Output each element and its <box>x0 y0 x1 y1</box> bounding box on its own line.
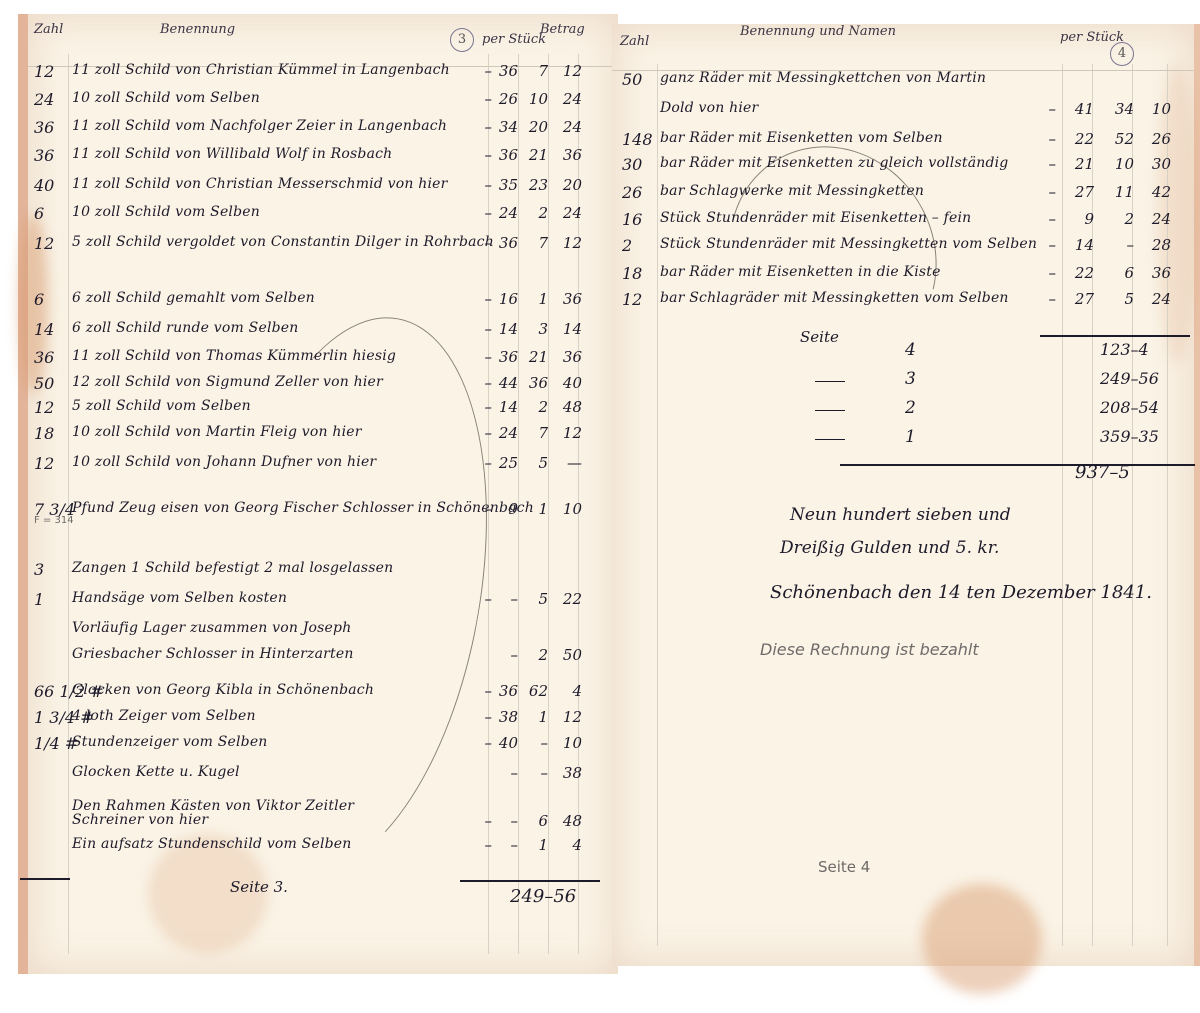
row-qty: 148 <box>622 130 662 149</box>
summary-rule-top <box>1040 335 1190 337</box>
row-description: Stück Stundenräder mit Eisenketten – fei… <box>660 210 971 226</box>
page-label-pencil: Seite 4 <box>818 858 870 876</box>
row-amt-fl: 2 <box>1108 210 1134 228</box>
row-per-fl: – <box>1030 155 1056 173</box>
row-amt-kr: 38 <box>556 764 582 782</box>
row-qty: 12 <box>34 234 74 253</box>
row-per-kr: 14 <box>492 320 518 338</box>
row-per-fl: – <box>466 708 492 726</box>
row-qty: 30 <box>622 155 662 174</box>
row-amt-fl: 36 <box>522 374 548 392</box>
row-per-fl: – <box>466 398 492 416</box>
row-description: 11 zoll Schild von Christian Messerschmi… <box>72 176 448 192</box>
row-per-fl: – <box>1030 236 1056 254</box>
row-description: Zangen 1 Schild befestigt 2 mal losgelas… <box>72 560 393 576</box>
row-per-fl: – <box>466 424 492 442</box>
row-amt-kr: 24 <box>1145 290 1171 308</box>
ditto-dash <box>815 439 845 440</box>
row-description: 11 zoll Schild von Christian Kümmel in L… <box>72 62 450 78</box>
col-header-per-piece: per Stück <box>482 32 546 47</box>
row-per-fl: – <box>466 836 492 854</box>
row-qty: 36 <box>34 146 74 165</box>
total-rule-left-b <box>460 880 600 882</box>
row-description: Ein aufsatz Stundenschild vom Selben <box>72 836 352 852</box>
row-amt-kr: 40 <box>556 374 582 392</box>
row-per-kr: 40 <box>492 734 518 752</box>
col-header-description: Benennung <box>160 22 235 37</box>
row-qty: 6 <box>34 204 74 223</box>
row-per-fl: – <box>466 146 492 164</box>
row-amt-fl: 21 <box>522 348 548 366</box>
row-amt-fl: 1 <box>522 836 548 854</box>
row-per-kr: – <box>492 590 518 608</box>
row-per-kr: 26 <box>492 90 518 108</box>
row-qty: 66 1/2 # <box>34 682 74 701</box>
row-per-kr: 22 <box>1068 264 1094 282</box>
row-per-kr: – <box>492 812 518 830</box>
right-col-header-qty: Zahl <box>620 34 649 49</box>
row-amt-fl: 10 <box>1108 155 1134 173</box>
row-description: 10 zoll Schild vom Selben <box>72 90 260 106</box>
row-per-fl: – <box>1030 183 1056 201</box>
row-description: Glocken Kette u. Kugel <box>72 764 240 780</box>
row-per-kr: 27 <box>1068 183 1094 201</box>
row-amt-fl: – <box>1108 236 1134 254</box>
summary-amount: 249–56 <box>1100 369 1159 388</box>
row-qty: 50 <box>34 374 74 393</box>
row-per-fl: – <box>1030 210 1056 228</box>
row-per-fl: – <box>466 500 492 518</box>
row-amt-kr: 30 <box>1145 155 1171 173</box>
row-description: 5 zoll Schild vom Selben <box>72 398 251 414</box>
ditto-dash <box>815 381 845 382</box>
row-amt-fl: 1 <box>522 290 548 308</box>
row-description: 10 zoll Schild von Johann Dufner von hie… <box>72 454 376 470</box>
row-per-kr: 36 <box>492 234 518 252</box>
row-per-fl: – <box>1030 130 1056 148</box>
row-per-fl: – <box>1030 100 1056 118</box>
row-amt-fl: 23 <box>522 176 548 194</box>
row-description: 12 zoll Schild von Sigmund Zeller von hi… <box>72 374 383 390</box>
row-amt-fl: 2 <box>522 204 548 222</box>
row-amt-kr: 20 <box>556 176 582 194</box>
row-description: 10 zoll Schild vom Selben <box>72 204 260 220</box>
summary-amount: 208–54 <box>1100 398 1159 417</box>
row-amt-kr: 4 <box>556 682 582 700</box>
row-per-fl: – <box>466 204 492 222</box>
row-per-kr: 21 <box>1068 155 1094 173</box>
row-amt-fl: – <box>522 764 548 782</box>
row-per-kr: 24 <box>492 204 518 222</box>
row-per-fl: – <box>466 290 492 308</box>
row-per-kr: 24 <box>492 424 518 442</box>
row-description: 6 zoll Schild gemahlt vom Selben <box>72 290 315 306</box>
row-qty: 14 <box>34 320 74 339</box>
row-amt-kr: 12 <box>556 708 582 726</box>
row-amt-kr: 24 <box>556 118 582 136</box>
row-description: bar Räder mit Eisenketten zu gleich voll… <box>660 155 1008 171</box>
row-per-fl: – <box>466 62 492 80</box>
row-qty: 1/4 # <box>34 734 74 753</box>
row-per-kr: 14 <box>492 398 518 416</box>
summary-amount: 359–35 <box>1100 427 1159 446</box>
place-date: Schönenbach den 14 ten Dezember 1841. <box>770 582 1152 603</box>
row-amt-kr: 22 <box>556 590 582 608</box>
row-description: bar Schlagwerke mit Messingketten <box>660 183 924 199</box>
row-amt-kr: 24 <box>556 204 582 222</box>
row-per-kr: 41 <box>1068 100 1094 118</box>
row-qty: 12 <box>622 290 662 309</box>
row-per-kr: 36 <box>492 682 518 700</box>
row-amt-kr: 12 <box>556 62 582 80</box>
row-per-kr: 14 <box>1068 236 1094 254</box>
row-amt-kr: 4 <box>556 836 582 854</box>
row-amt-kr: 12 <box>556 424 582 442</box>
row-per-fl: – <box>466 234 492 252</box>
row-qty: 12 <box>34 454 74 473</box>
row-per-fl: – <box>1030 264 1056 282</box>
row-description: Schreiner von hier <box>72 812 208 828</box>
row-amt-fl: 7 <box>522 234 548 252</box>
row-qty: 36 <box>34 348 74 367</box>
row-per-fl: – <box>1030 290 1056 308</box>
row-per-kr: 27 <box>1068 290 1094 308</box>
row-per-kr: 38 <box>492 708 518 726</box>
row-per-kr: 44 <box>492 374 518 392</box>
row-qty: 12 <box>34 398 74 417</box>
row-amt-fl: 62 <box>522 682 548 700</box>
row-qty: 12 <box>34 62 74 81</box>
row-per-kr: 22 <box>1068 130 1094 148</box>
row-description: Pfund Zeug eisen von Georg Fischer Schlo… <box>72 500 534 516</box>
row-per-kr: 34 <box>492 118 518 136</box>
row-amt-fl: 5 <box>1108 290 1134 308</box>
row-amt-fl: 7 <box>522 424 548 442</box>
row-per-kr: 9 <box>492 500 518 518</box>
paid-note: Diese Rechnung ist bezahlt <box>760 640 979 659</box>
row-amt-kr: 36 <box>1145 264 1171 282</box>
summary-page-number: 1 <box>905 427 916 447</box>
row-description: 11 zoll Schild vom Nachfolger Zeier in L… <box>72 118 447 134</box>
row-qty: 36 <box>34 118 74 137</box>
row-qty: 18 <box>34 424 74 443</box>
row-amt-kr: 50 <box>556 646 582 664</box>
row-per-fl: – <box>466 590 492 608</box>
row-per-kr: – <box>492 764 518 782</box>
row-amt-kr: 10 <box>556 734 582 752</box>
page-number-4: 4 <box>1110 42 1134 66</box>
row-qty: 6 <box>34 290 74 309</box>
row-amt-fl: 6 <box>1108 264 1134 282</box>
amount-in-words-1: Neun hundert sieben und <box>790 505 1011 525</box>
row-per-fl: – <box>466 320 492 338</box>
row-amt-kr: 36 <box>556 348 582 366</box>
row-amt-fl: 34 <box>1108 100 1134 118</box>
row-per-fl: – <box>466 176 492 194</box>
col-header-amount: Betrag <box>540 22 585 37</box>
row-amt-fl: 5 <box>522 454 548 472</box>
row-qty: 16 <box>622 210 662 229</box>
row-description: 11 zoll Schild von Willibald Wolf in Ros… <box>72 146 392 162</box>
row-amt-kr: 24 <box>556 90 582 108</box>
row-amt-fl: 5 <box>522 590 548 608</box>
row-per-kr: 36 <box>492 146 518 164</box>
right-col-header-description: Benennung und Namen <box>740 24 896 39</box>
row-description: bar Schlagräder mit Messingketten vom Se… <box>660 290 1009 306</box>
row-per-fl: – <box>466 90 492 108</box>
row-description: 5 zoll Schild vergoldet von Constantin D… <box>72 234 494 250</box>
row-per-fl: – <box>466 682 492 700</box>
row-per-fl: – <box>466 374 492 392</box>
row-description: Griesbacher Schlosser in Hinterzarten <box>72 646 354 662</box>
row-description: Dold von hier <box>660 100 758 116</box>
ditto-dash <box>815 410 845 411</box>
row-description: bar Räder mit Eisenketten in die Kiste <box>660 264 941 280</box>
row-per-fl: – <box>466 734 492 752</box>
row-description: bar Räder mit Eisenketten vom Selben <box>660 130 943 146</box>
row-amt-fl: 6 <box>522 812 548 830</box>
row-per-kr: – <box>492 836 518 854</box>
row-description: 11 zoll Schild von Thomas Kümmerlin hies… <box>72 348 396 364</box>
row-qty: 26 <box>622 183 662 202</box>
row-qty: 3 <box>34 560 74 579</box>
grand-total: 937–5 <box>1075 462 1130 483</box>
row-amt-kr: 10 <box>1145 100 1171 118</box>
row-amt-kr: 48 <box>556 398 582 416</box>
right-col-header-per-piece: per Stück <box>1060 30 1124 45</box>
row-amt-kr: 14 <box>556 320 582 338</box>
row-description: 4 loth Zeiger vom Selben <box>72 708 256 724</box>
row-amt-kr: 24 <box>1145 210 1171 228</box>
summary-page-number: 3 <box>905 369 916 389</box>
row-description: 6 zoll Schild runde vom Selben <box>72 320 299 336</box>
row-per-kr: 9 <box>1068 210 1094 228</box>
row-amt-kr: — <box>556 454 582 472</box>
row-amt-fl: 3 <box>522 320 548 338</box>
row-amt-kr: 42 <box>1145 183 1171 201</box>
summary-page-number: 2 <box>905 398 916 418</box>
row-per-fl: – <box>466 118 492 136</box>
row-per-kr: 35 <box>492 176 518 194</box>
row-amt-kr: 48 <box>556 812 582 830</box>
row-amt-fl: 1 <box>522 500 548 518</box>
row-description: Vorläufig Lager zusammen von Joseph <box>72 620 351 636</box>
left-page-footer-label: Seite 3. <box>230 878 288 896</box>
summary-page-number: 4 <box>905 340 916 360</box>
row-amt-kr: 36 <box>556 290 582 308</box>
row-per-fl: – <box>466 348 492 366</box>
row-amt-kr: 36 <box>556 146 582 164</box>
row-amt-fl: 7 <box>522 62 548 80</box>
row-description: ganz Räder mit Messingkettchen von Marti… <box>660 70 986 86</box>
row-per-fl: – <box>466 454 492 472</box>
row-qty: 18 <box>622 264 662 283</box>
row-amt-kr: 26 <box>1145 130 1171 148</box>
row-qty: 24 <box>34 90 74 109</box>
row-amt-fl: 10 <box>522 90 548 108</box>
row-per-fl: – <box>466 812 492 830</box>
row-amt-kr: 28 <box>1145 236 1171 254</box>
margin-pencil-note: F = 314 <box>34 515 74 526</box>
row-amt-fl: 2 <box>522 398 548 416</box>
row-qty: 50 <box>622 70 662 89</box>
total-rule-left-a <box>20 878 70 880</box>
row-per-kr: – <box>492 646 518 664</box>
row-per-kr: 36 <box>492 348 518 366</box>
row-description: Stück Stundenräder mit Messingketten vom… <box>660 236 1037 252</box>
row-per-kr: 16 <box>492 290 518 308</box>
amount-in-words-2: Dreißig Gulden und 5. kr. <box>780 538 999 558</box>
summary-label: Seite <box>800 328 839 346</box>
row-amt-fl: 2 <box>522 646 548 664</box>
row-amt-fl: 11 <box>1108 183 1134 201</box>
row-per-kr: 36 <box>492 62 518 80</box>
row-amt-kr: 12 <box>556 234 582 252</box>
row-description: Stundenzeiger vom Selben <box>72 734 268 750</box>
row-qty: 1 3/4 # <box>34 708 74 727</box>
row-amt-fl: 21 <box>522 146 548 164</box>
summary-amount: 123–4 <box>1100 340 1149 359</box>
row-description: Handsäge vom Selben kosten <box>72 590 287 606</box>
left-page-total: 249–56 <box>510 886 576 907</box>
row-amt-fl: 20 <box>522 118 548 136</box>
row-description: 10 zoll Schild von Martin Fleig von hier <box>72 424 362 440</box>
row-description: Glocken von Georg Kibla in Schönenbach <box>72 682 374 698</box>
row-qty: 1 <box>34 590 74 609</box>
row-amt-fl: – <box>522 734 548 752</box>
row-qty: 40 <box>34 176 74 195</box>
row-amt-kr: 10 <box>556 500 582 518</box>
row-per-kr: 25 <box>492 454 518 472</box>
row-amt-fl: 1 <box>522 708 548 726</box>
page-number-3: 3 <box>450 28 474 52</box>
col-header-qty: Zahl <box>34 22 63 37</box>
row-qty: 2 <box>622 236 662 255</box>
summary-rule-bottom <box>840 464 1195 466</box>
row-amt-fl: 52 <box>1108 130 1134 148</box>
